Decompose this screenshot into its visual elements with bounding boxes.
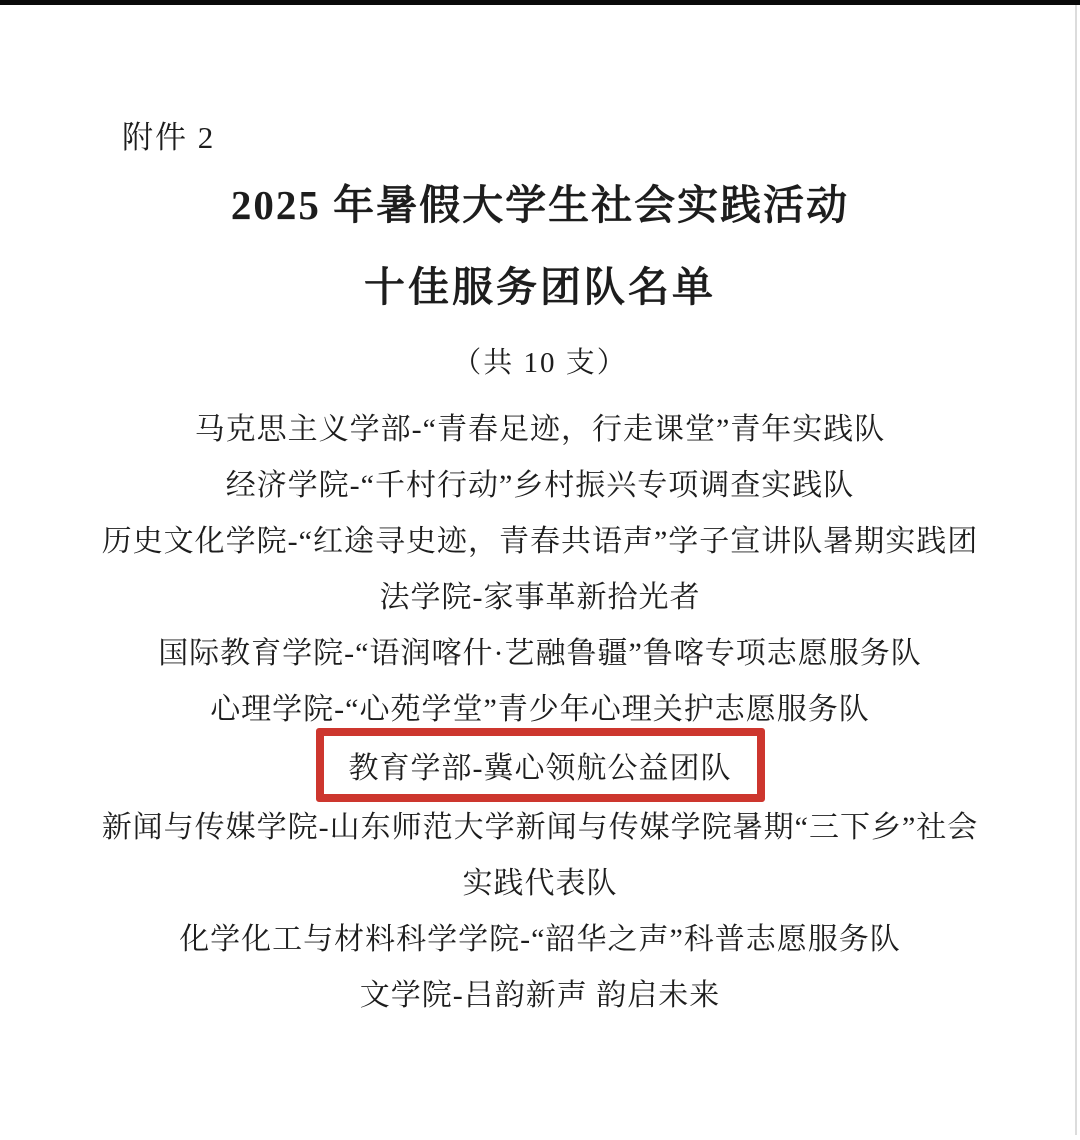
team-name: 经济学院-“千村行动”乡村振兴专项调查实践队	[226, 460, 855, 504]
team-row: 国际教育学院-“语润喀什·艺融鲁疆”鲁喀专项志愿服务队	[0, 622, 1080, 678]
team-row: 经济学院-“千村行动”乡村振兴专项调查实践队	[0, 454, 1080, 510]
team-row: 马克思主义学部-“青春足迹，行走课堂”青年实践队	[0, 398, 1080, 454]
team-row: 法学院-家事革新拾光者	[0, 566, 1080, 622]
team-name: 教育学部-冀心领航公益团队	[349, 752, 732, 785]
team-row: 历史文化学院-“红途寻史迹，青春共语声”学子宣讲队暑期实践团	[0, 510, 1080, 566]
team-name: 马克思主义学部-“青春足迹，行走课堂”青年实践队	[195, 404, 886, 448]
team-row-highlighted: 教育学部-冀心领航公益团队	[0, 734, 1080, 796]
team-count-note: （共 10 支）	[0, 340, 1080, 381]
team-name: 心理学院-“心苑学堂”青少年心理关护志愿服务队	[210, 684, 870, 728]
team-row: 心理学院-“心苑学堂”青少年心理关护志愿服务队	[0, 678, 1080, 734]
team-name: 实践代表队	[463, 858, 618, 902]
team-name: 国际教育学院-“语润喀什·艺融鲁疆”鲁喀专项志愿服务队	[158, 628, 922, 672]
document-title-line2: 十佳服务团队名单	[0, 254, 1080, 313]
team-name: 新闻与传媒学院-山东师范大学新闻与传媒学院暑期“三下乡”社会	[102, 802, 979, 846]
document-title-line1: 2025 年暑假大学生社会实践活动	[0, 172, 1080, 231]
highlight-box: 教育学部-冀心领航公益团队	[316, 728, 765, 802]
attachment-label: 附件 2	[122, 112, 215, 157]
team-name: 文学院-吕韵新声 韵启未来	[360, 970, 721, 1014]
team-list: 马克思主义学部-“青春足迹，行走课堂”青年实践队 经济学院-“千村行动”乡村振兴…	[0, 398, 1080, 1020]
team-row: 新闻与传媒学院-山东师范大学新闻与传媒学院暑期“三下乡”社会	[0, 796, 1080, 852]
team-name: 化学化工与材料科学学院-“韶华之声”科普志愿服务队	[179, 914, 901, 958]
photo-top-edge	[0, 0, 1080, 5]
team-name: 历史文化学院-“红途寻史迹，青春共语声”学子宣讲队暑期实践团	[102, 516, 979, 560]
team-row: 实践代表队	[0, 852, 1080, 908]
team-row: 文学院-吕韵新声 韵启未来	[0, 964, 1080, 1020]
team-name: 法学院-家事革新拾光者	[380, 572, 701, 616]
team-row: 化学化工与材料科学学院-“韶华之声”科普志愿服务队	[0, 908, 1080, 964]
